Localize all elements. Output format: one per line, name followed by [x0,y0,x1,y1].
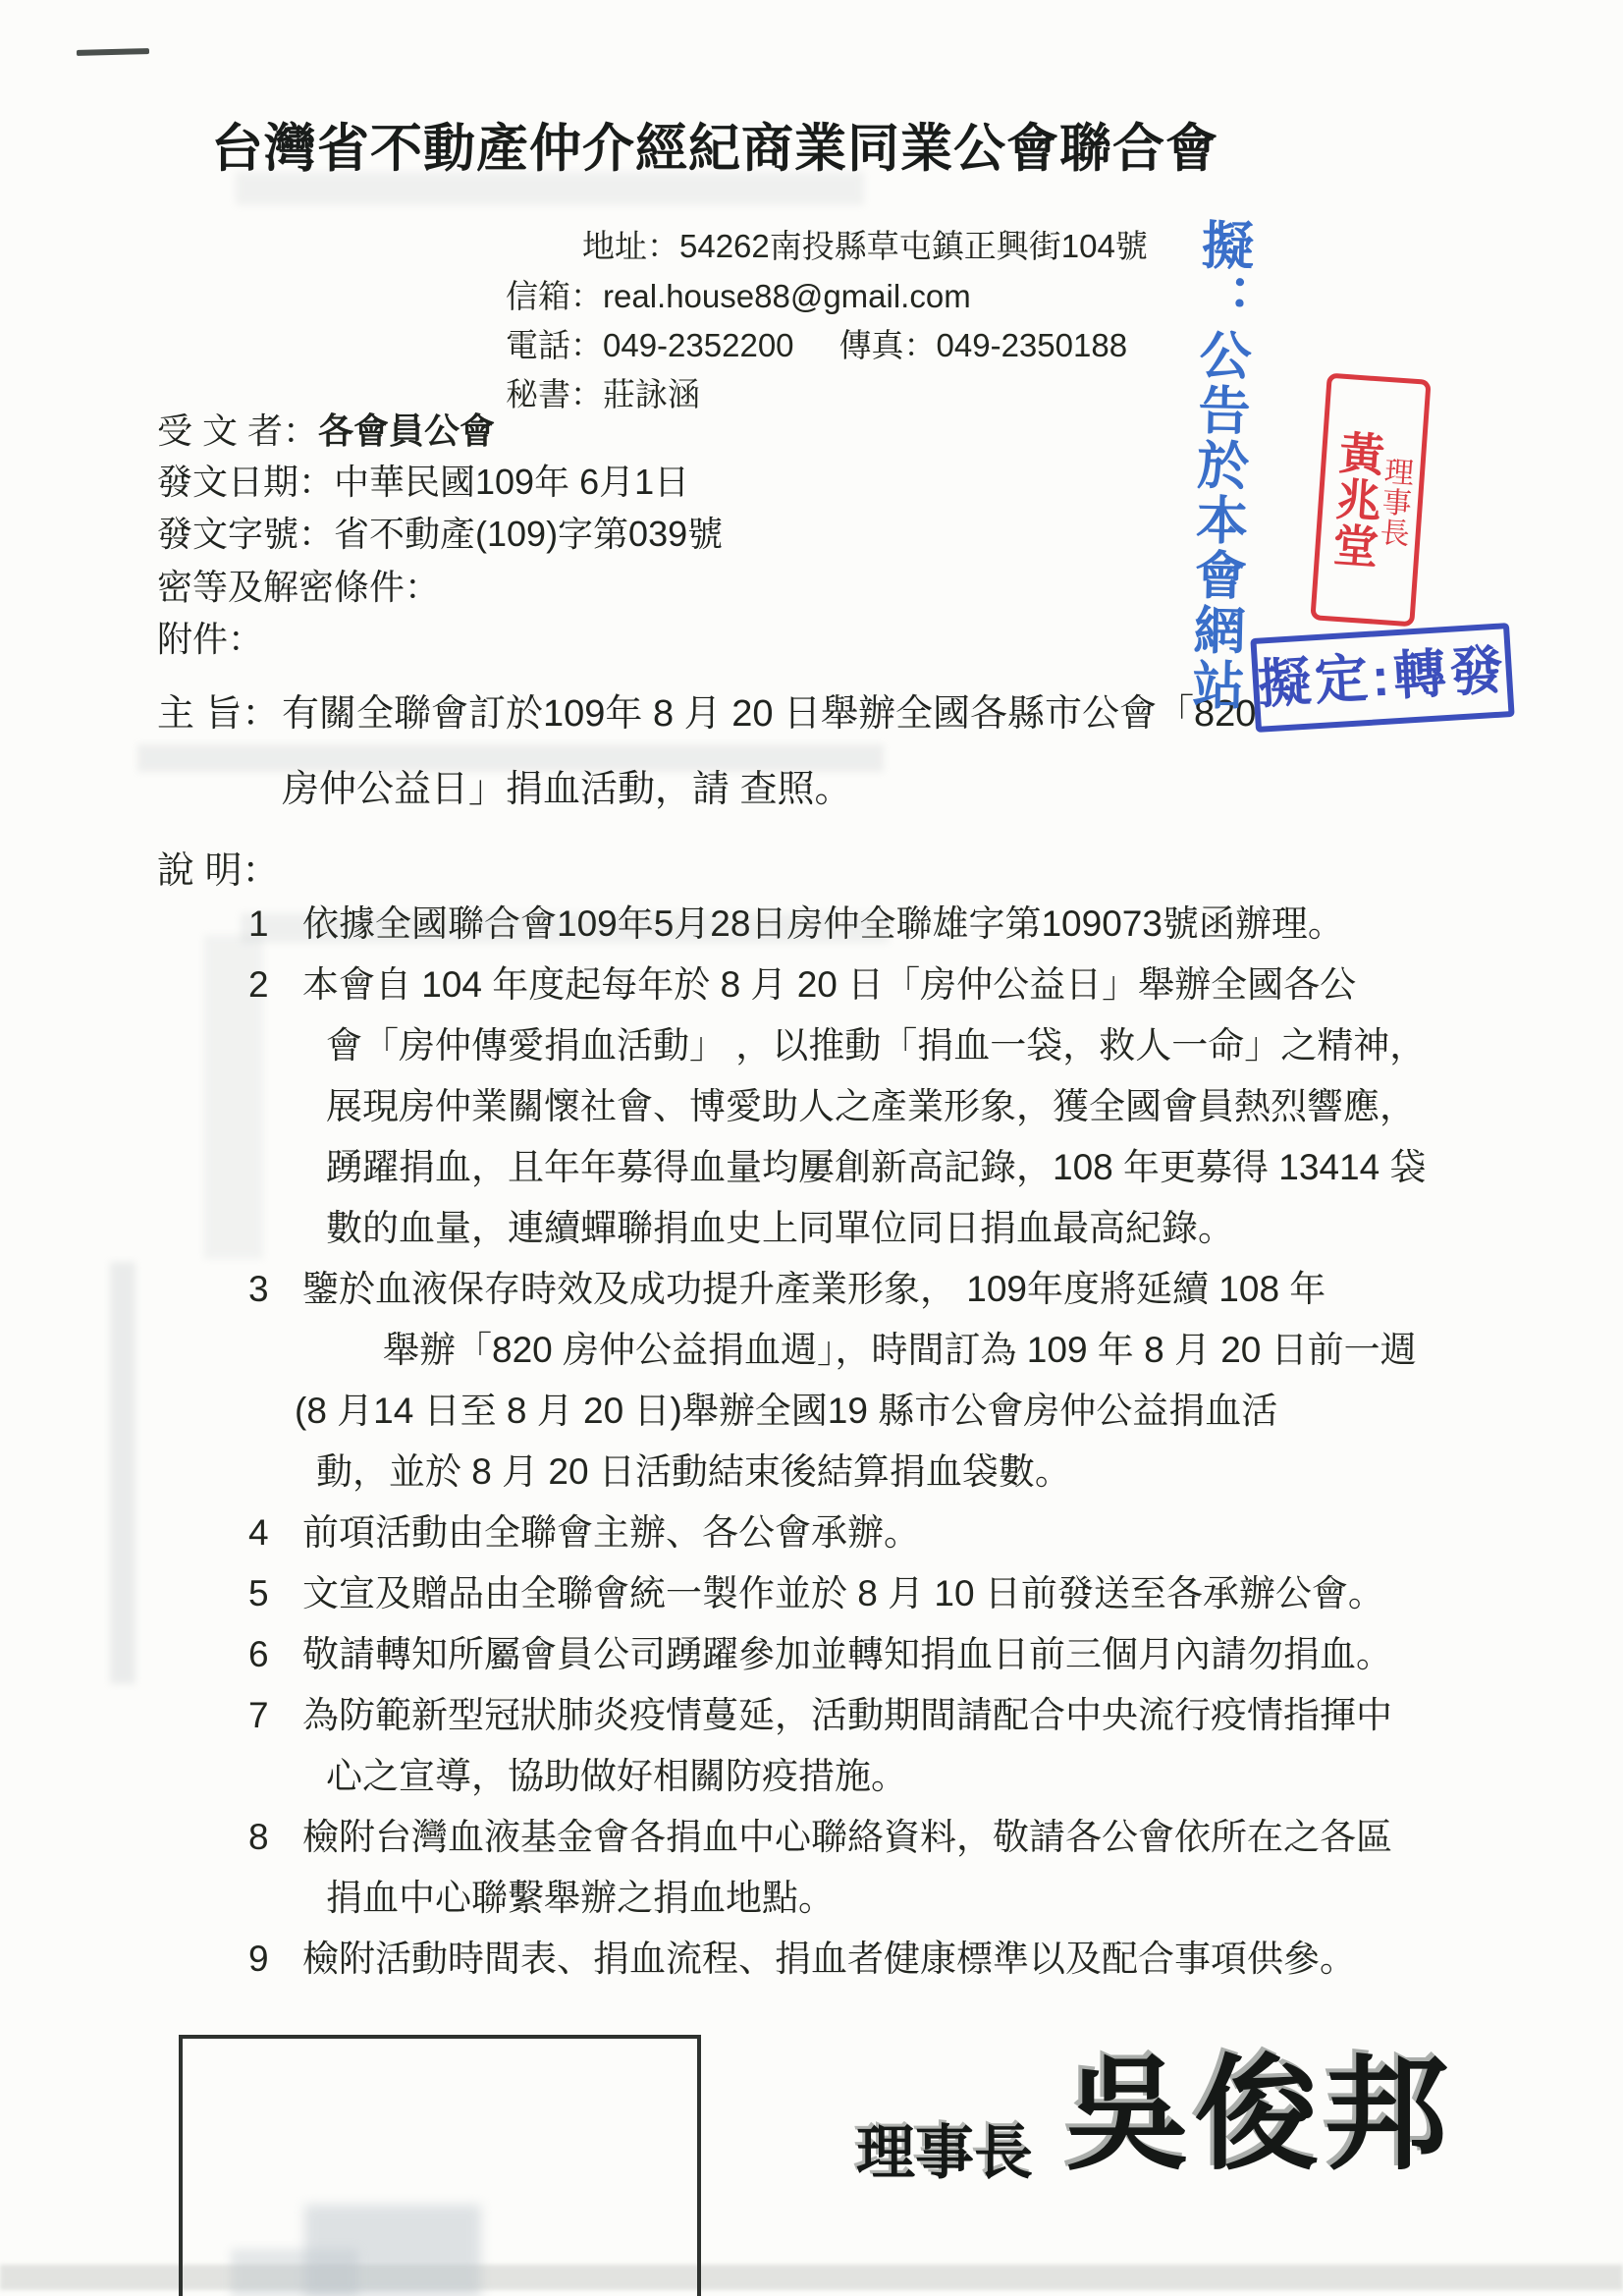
scan-artifact-dash [77,48,149,56]
item-text: 為防範新型冠狀肺炎疫情蔓延，活動期間請配合中央流行疫情指揮中 [302,1695,1392,1735]
item-text: 文宣及贈品由全聯會統一製作並於 8 月 10 日前發送至各承辦公會。 [302,1573,1384,1613]
item-text: 動，並於 8 月 20 日活動結束後結算捐血袋數。 [316,1451,1071,1494]
bleed-through-mark [110,1262,135,1684]
item-number: 7 [248,1695,302,1737]
item-text: 心之宣導，協助做好相關防疫措施。 [326,1756,907,1798]
red-chairman-stamp: 理事長黃兆堂 [1310,373,1431,628]
email-value: real.house88@gmail.com [603,278,971,314]
recipient-label: 受 文 者： [157,410,318,451]
description-item-4: 4前項活動由全聯會主辦、各公會承辦。 [248,1512,920,1555]
item-text: 鑒於血液保存時效及成功提升產業形象， 109年度將延續 108 年 [302,1269,1325,1309]
item-number: 4 [248,1512,302,1555]
description-item-9: 9檢附活動時間表、捐血流程、捐血者健康標準以及配合事項供參。 [248,1939,1356,1981]
description-item-3: 3鑒於血液保存時效及成功提升產業形象， 109年度將延續 108 年 [248,1269,1325,1311]
item-text: (8 月14 日至 8 月 20 日)舉辦全國19 縣市公會房仲公益捐血活 [295,1391,1277,1433]
secretary-label: 秘書： [506,376,603,412]
address-value: 54262南投縣草屯鎮正興街104號 [679,228,1148,264]
signature-name: 吳俊邦 [1065,2045,1454,2187]
recipient-value: 各會員公會 [318,410,495,451]
description-item-6: 6敬請轉知所屬會員公司踴躍參加並轉知捐血日前三個月內請勿捐血。 [248,1634,1392,1676]
description-item-1: 1依據全國聯合會109年5月28日房仲全聯雄字第109073號函辦理。 [248,903,1344,946]
address-label: 地址： [582,228,679,264]
secretary-line: 秘書：莊詠涵 [506,376,700,413]
blue-approval-stamp: 擬定:轉發 [1250,623,1514,733]
bleed-through-mark [137,744,884,772]
item-number: 3 [248,1269,302,1311]
description-item-2: 2本會自 104 年度起每年於 8 月 20 日「房仲公益日」舉辦全國各公 [248,964,1356,1007]
phone-value: 049-2352200 [603,327,794,363]
signature-title: 理事長 [856,2119,1033,2187]
item-text: 數的血量，連續蟬聯捐血史上同單位同日捐血最高紀錄。 [326,1208,1234,1250]
item-text: 本會自 104 年度起每年於 8 月 20 日「房仲公益日」舉辦全國各公 [302,964,1356,1005]
item-text: 踴躍捐血，且年年募得血量均屢創新高記錄，108 年更募得 13414 袋 [326,1147,1426,1189]
organization-title: 台灣省不動產仲介經紀商業同業公會聯合會 [211,120,1218,180]
secretary-value: 莊詠涵 [603,376,700,412]
description-label: 說 明： [157,850,280,894]
scanned-document-page: 台灣省不動產仲介經紀商業同業公會聯合會 地址：54262南投縣草屯鎮正興街104… [0,0,1623,2296]
item-text: 展現房仲業關懷社會、博愛助人之產業形象，獲全國會員熱烈響應， [326,1086,1416,1128]
item-text: 檢附活動時間表、捐血流程、捐血者健康標準以及配合事項供參。 [302,1939,1356,1979]
red-stamp-name: 黃兆堂 [1328,428,1383,570]
item-text: 會「房仲傳愛捐血活動」 ，以推動「捐血一袋，救人一命」之精神， [326,1025,1426,1067]
item-number: 1 [248,903,302,946]
fax-value: 049-2350188 [937,327,1128,363]
security-line: 密等及解密條件： [157,567,440,607]
item-text: 捐血中心聯繫舉辦之捐血地點。 [326,1878,835,1920]
ref-number-label: 發文字號： [157,514,334,554]
issue-date-value: 中華民國109年 6月1日 [334,462,689,502]
subject-line: 有關全聯會訂於109年 8 月 20 日舉辦全國各縣市公會「820 [282,693,1256,737]
description-item-5: 5文宣及贈品由全聯會統一製作並於 8 月 10 日前發送至各承辦公會。 [248,1573,1384,1615]
phone-label: 電話： [506,327,603,363]
item-number: 2 [248,964,302,1007]
handwritten-note: 擬：公告於本會網站 [1183,217,1253,699]
item-number: 8 [248,1817,302,1859]
ref-number-line: 發文字號：省不動產(109)字第039號 [157,514,723,554]
item-text: 依據全國聯合會109年5月28日房仲全聯雄字第109073號函辦理。 [302,903,1344,944]
item-text: 舉辦「820 房仲公益捐血週」，時間訂為 109 年 8 月 20 日前一週 [383,1330,1417,1372]
watermark-smudge [231,2249,358,2296]
item-number: 9 [248,1939,302,1981]
subject-line: 房仲公益日」捐血活動，請 查照。 [282,769,852,812]
recipient-line: 受 文 者：各會員公會 [157,410,495,451]
item-text: 前項活動由全聯會主辦、各公會承辦。 [302,1512,920,1553]
address-line: 地址：54262南投縣草屯鎮正興街104號 [582,228,1148,265]
red-stamp-text: 理事長黃兆堂 [1328,428,1413,572]
item-number: 5 [248,1573,302,1615]
description-item-7: 7為防範新型冠狀肺炎疫情蔓延，活動期間請配合中央流行疫情指揮中 [248,1695,1392,1737]
issue-date-line: 發文日期：中華民國109年 6月1日 [157,462,689,502]
fax-label: 傳真： [839,327,937,363]
subject-label: 主 旨： [157,693,280,737]
email-label: 信箱： [506,278,603,314]
item-text: 檢附台灣血液基金會各捐血中心聯絡資料，敬請各公會依所在之各區 [302,1817,1392,1857]
item-text: 敬請轉知所屬會員公司踴躍參加並轉知捐血日前三個月內請勿捐血。 [302,1634,1392,1674]
item-number: 6 [248,1634,302,1676]
description-item-8: 8檢附台灣血液基金會各捐血中心聯絡資料，敬請各公會依所在之各區 [248,1817,1392,1859]
blue-stamp-text: 擬定:轉發 [1256,639,1508,715]
email-line: 信箱：real.house88@gmail.com [506,278,971,315]
phone-fax-line: 電話：049-2352200傳真：049-2350188 [506,327,1127,364]
ref-number-value: 省不動產(109)字第039號 [334,514,723,554]
issue-date-label: 發文日期： [157,462,334,502]
attachment-line: 附件： [157,619,263,659]
